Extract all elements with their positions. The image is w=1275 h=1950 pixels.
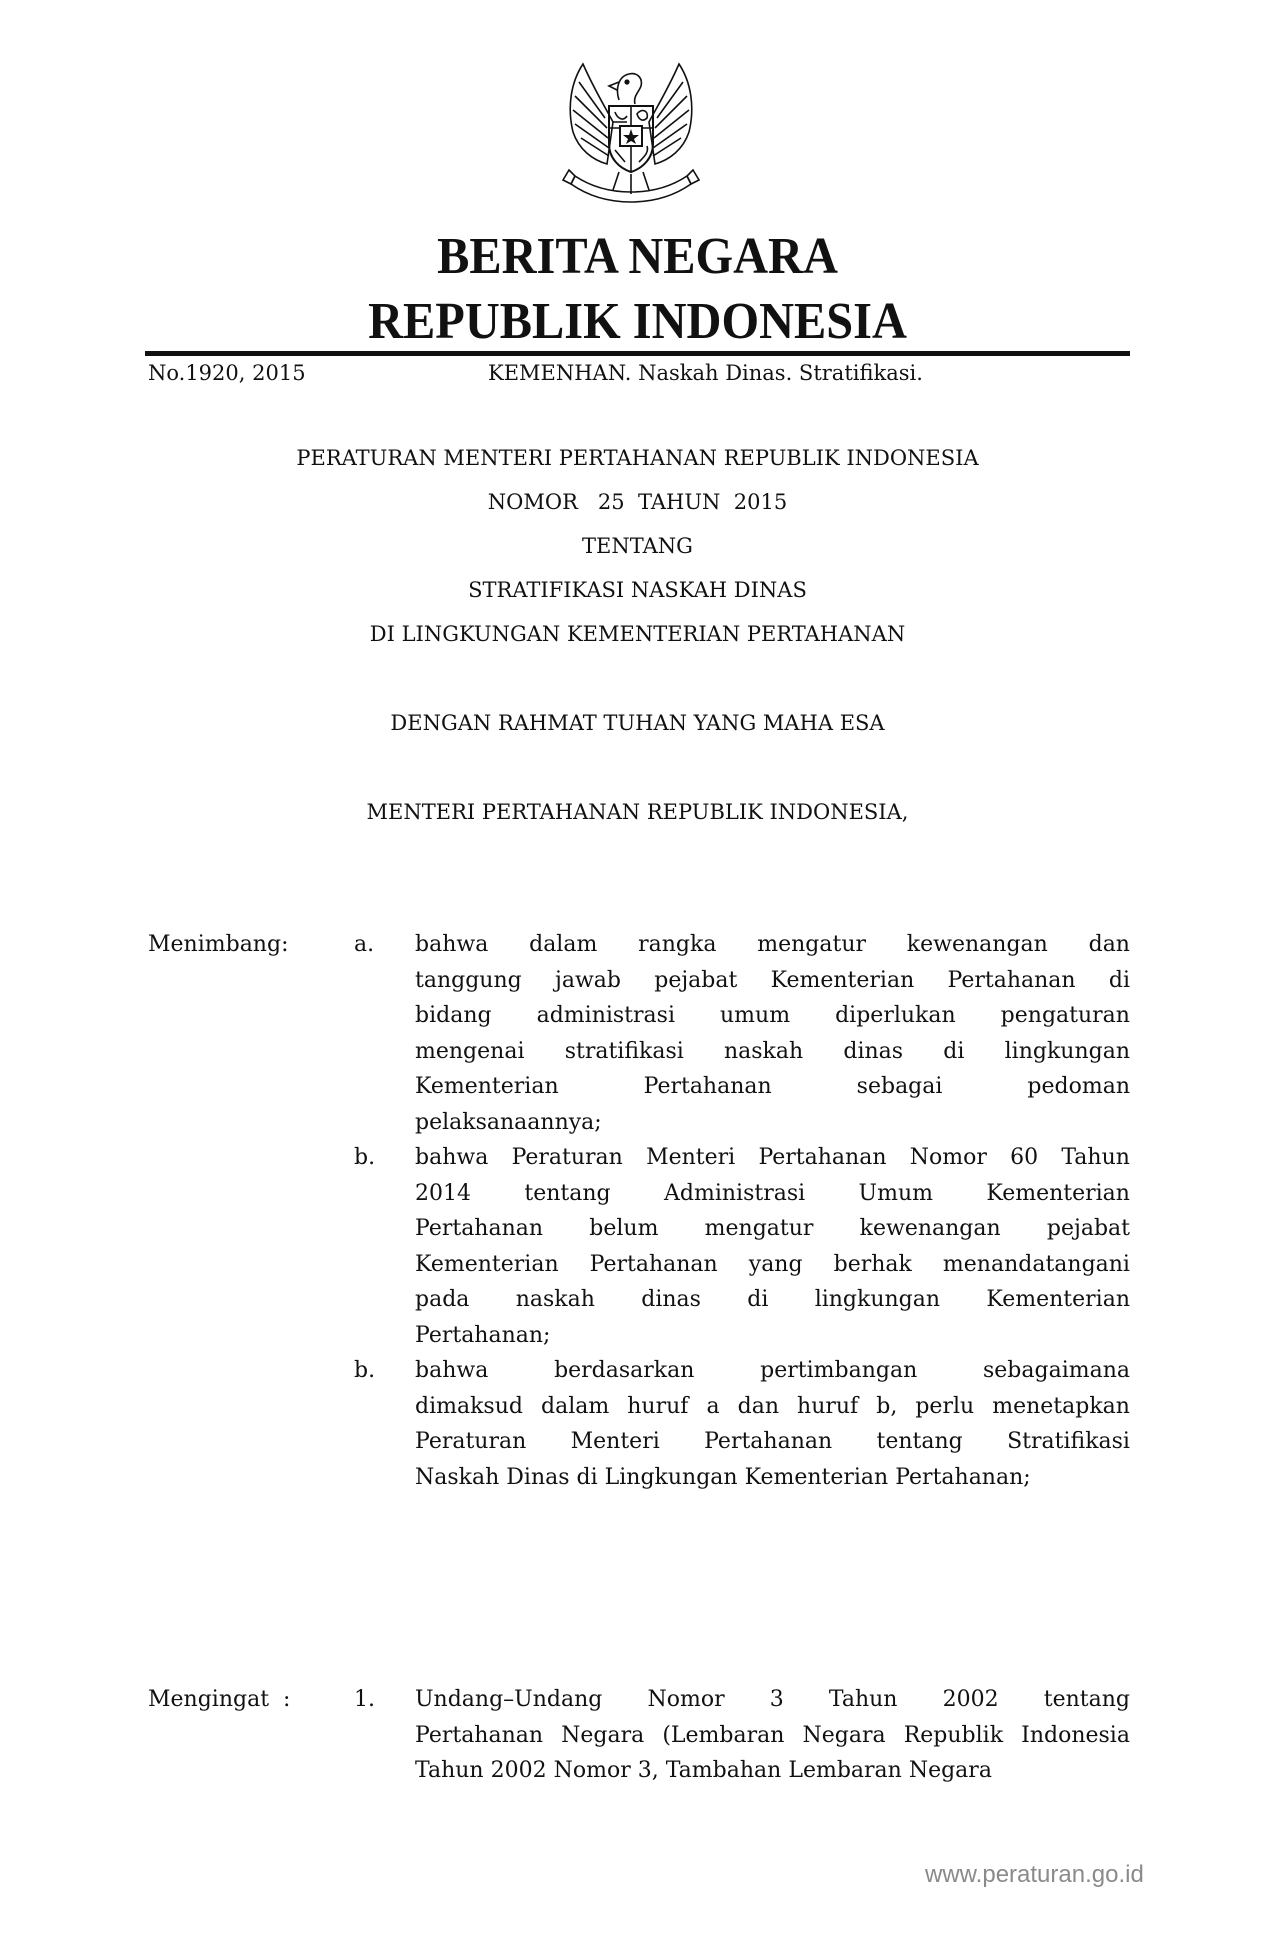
item-text-line: dimaksuddalamhurufadanhurufb,perlumeneta… (415, 1394, 1130, 1420)
item-marker: a. (354, 932, 374, 958)
item-marker: 1. (354, 1687, 375, 1713)
item-text-line: PertahananNegara(LembaranNegaraRepublikI… (415, 1723, 1130, 1749)
item-text-line: mengenaistratifikasinaskahdinasdilingkun… (415, 1039, 1130, 1065)
item-text-line: Pertahananbelummengaturkewenanganpejabat (415, 1216, 1130, 1242)
gazette-number: No.1920, 2015 (148, 360, 306, 386)
item-text-line: bahwadalamrangkamengaturkewenangandan (415, 932, 1130, 958)
title-line: TENTANG (0, 533, 1275, 559)
title-line: DI LINGKUNGAN KEMENTERIAN PERTAHANAN (0, 621, 1275, 647)
item-text-line: tanggungjawabpejabatKementerianPertahana… (415, 968, 1130, 994)
item-text-line: NaskahDinasdiLingkunganKementerianPertah… (415, 1465, 1130, 1491)
source-watermark: www.peraturan.go.id (925, 1861, 1144, 1889)
item-text-line: KementerianPertahanansebagaipedoman (415, 1074, 1130, 1100)
gazette-title-line2: REPUBLIK INDONESIA (45, 296, 1231, 348)
item-marker: b. (354, 1358, 375, 1384)
item-text-line: Tahun2002Nomor3,TambahanLembaranNegara (415, 1758, 1130, 1784)
authority: MENTERI PERTAHANAN REPUBLIK INDONESIA, (0, 799, 1275, 825)
item-text-line: PeraturanMenteriPertahanantentangStratif… (415, 1429, 1130, 1455)
invocation: DENGAN RAHMAT TUHAN YANG MAHA ESA (0, 710, 1275, 736)
title-line: NOMOR 25 TAHUN 2015 (0, 489, 1275, 515)
gazette-title-line1: BERITA NEGARA (45, 231, 1231, 283)
header-rule (145, 351, 1130, 356)
item-marker: b. (354, 1145, 375, 1171)
item-text-line: padanaskahdinasdilingkunganKementerian (415, 1287, 1130, 1313)
item-text-line: bahwaberdasarkanpertimbangansebagaimana (415, 1358, 1130, 1384)
menimbang-label: Menimbang: (148, 932, 288, 958)
gazette-subject: KEMENHAN. Naskah Dinas. Stratifikasi. (488, 360, 923, 386)
garuda-emblem-icon (553, 52, 709, 210)
title-line: PERATURAN MENTERI PERTAHANAN REPUBLIK IN… (0, 445, 1275, 471)
item-text-line: 2014tentangAdministrasiUmumKementerian (415, 1181, 1130, 1207)
item-text-line: pelaksanaannya; (415, 1110, 1130, 1136)
item-text-line: bidangadministrasiumumdiperlukanpengatur… (415, 1003, 1130, 1029)
item-text-line: bahwaPeraturanMenteriPertahananNomor60Ta… (415, 1145, 1130, 1171)
mengingat-label: Mengingat : (148, 1687, 290, 1713)
title-line: STRATIFIKASI NASKAH DINAS (0, 577, 1275, 603)
item-text-line: Undang–UndangNomor3Tahun2002tentang (415, 1687, 1130, 1713)
item-text-line: Pertahanan; (415, 1323, 1130, 1349)
item-text-line: KementerianPertahananyangberhakmenandata… (415, 1252, 1130, 1278)
